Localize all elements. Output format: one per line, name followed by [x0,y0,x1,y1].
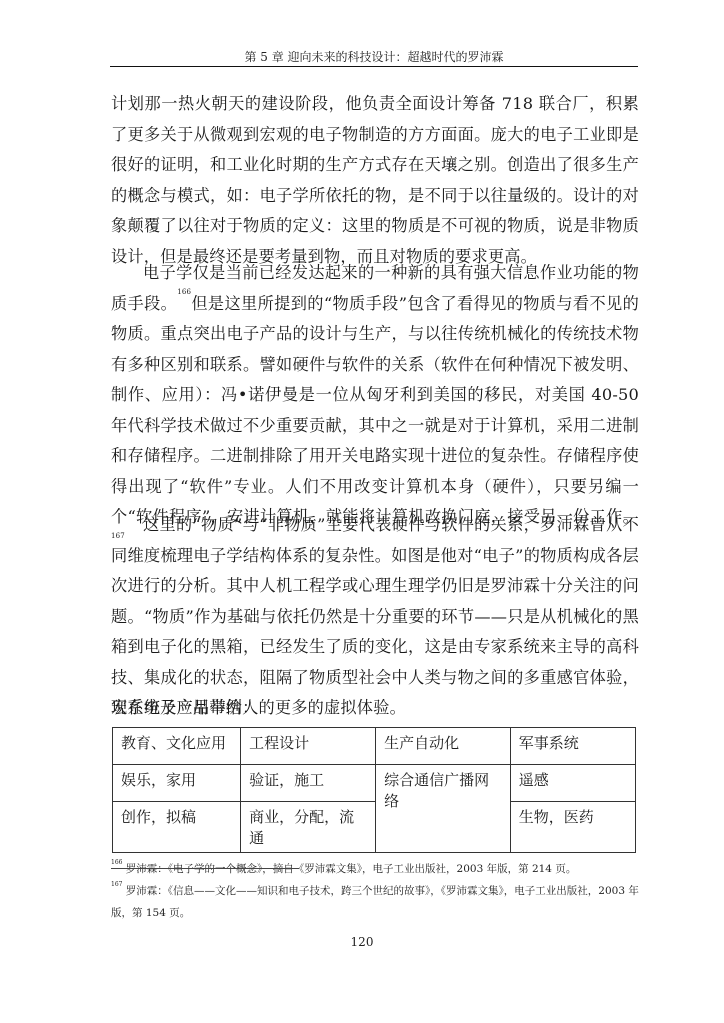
running-header: 第 5 章 迎向未来的科技设计：超越时代的罗沛霖 [110,48,638,65]
footnote-number: 167 [111,881,122,888]
footnote-text: 罗沛霖：《电子学的一个概念》，摘自《罗沛霖文集》，电子工业出版社，2003 年版… [126,863,577,875]
table-cell: 军事系统 [510,728,635,765]
footnote-number: 166 [111,859,122,866]
paragraph-1-text: 计划那一热火朝天的建设阶段，他负责全面设计筹备 718 联合厂，积累了更多关于从… [111,89,639,272]
page-number: 120 [0,935,724,949]
table-cell: 生产自动化 [376,728,511,765]
footnote-167: 167 罗沛霖：《信息——文化——知识和电子技术，跨三个世纪的故事》，《罗沛霖文… [111,880,639,924]
paragraph-1: 计划那一热火朝天的建设阶段，他负责全面设计筹备 718 联合厂，积累了更多关于从… [111,89,639,272]
footnote-strike-line [111,868,299,869]
paragraph-2-body: 但是这里所提到的“物质手段”包含了看得见的物质与看不见的物质。重点突出电子产品的… [111,294,639,527]
footnote-text: 罗沛霖：《信息——文化——知识和电子技术，跨三个世纪的故事》，《罗沛霖文集》，电… [111,885,639,919]
footnote-166: 166 罗沛霖：《电子学的一个概念》，摘自《罗沛霖文集》，电子工业出版社，200… [111,858,639,880]
paragraph-3: 这里的“物质”与“非物质”主要代表硬件与软件的关系，罗沛霖曾从不同维度梳理电子学… [111,510,639,724]
table-cell: 工程设计 [241,728,376,765]
table-cell: 娱乐，家用 [113,765,241,802]
table-caption-text: 宏系统及应用举例： [111,693,639,724]
table-cell: 验证，施工 [241,765,376,802]
paragraph-3-text: 这里的“物质”与“非物质”主要代表硬件与软件的关系，罗沛霖曾从不同维度梳理电子学… [111,510,639,724]
table-row: 娱乐，家用 验证，施工 综合通信广播网络 遥感 [113,765,636,802]
table-caption: 宏系统及应用举例： [111,693,639,724]
table-row: 教育、文化应用 工程设计 生产自动化 军事系统 [113,728,636,765]
table-cell-merged: 综合通信广播网络 [376,765,511,853]
table-cell: 生物，医药 [510,802,635,853]
table-cell: 遥感 [510,765,635,802]
table-row: 创作，拟稿 商业，分配，流通 生物，医药 [113,802,636,853]
table-cell: 商业，分配，流通 [241,802,376,853]
table-cell: 创作，拟稿 [113,802,241,853]
header-divider [110,66,638,67]
macro-systems-table: 教育、文化应用 工程设计 生产自动化 军事系统 娱乐，家用 验证，施工 综合通信… [112,727,636,853]
footnote-ref-166[interactable]: 166 [177,288,191,296]
table-cell: 教育、文化应用 [113,728,241,765]
